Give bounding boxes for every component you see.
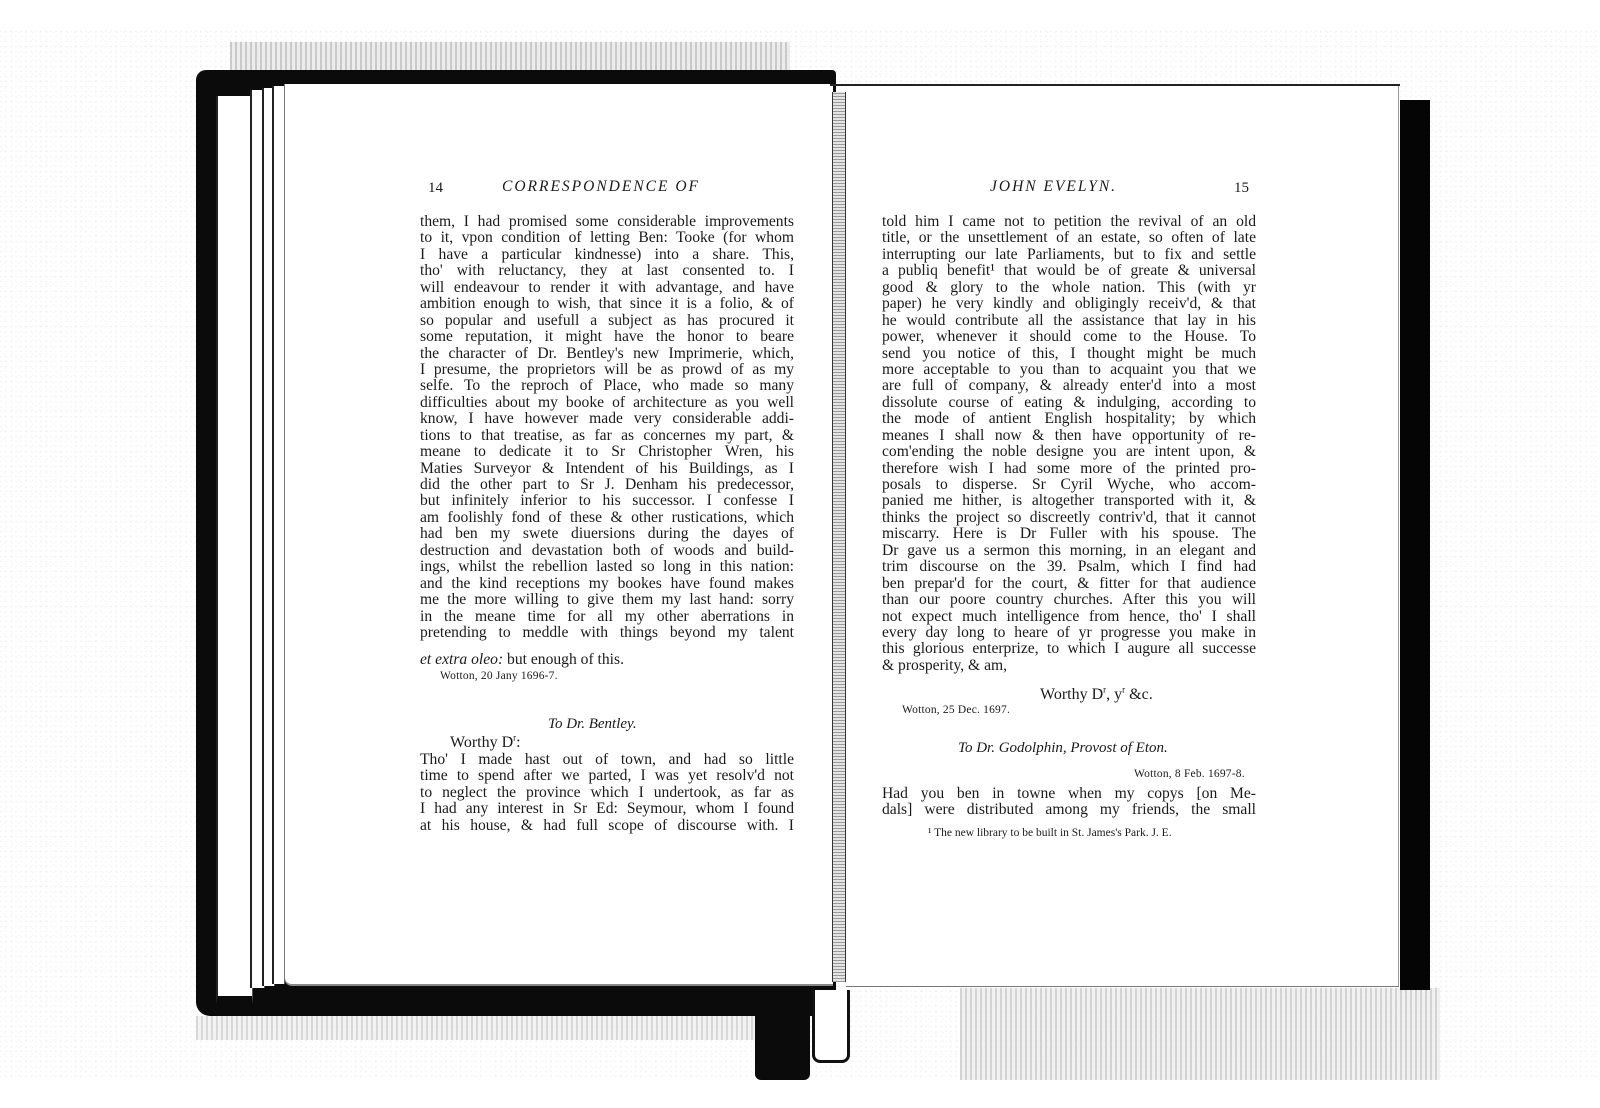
letter-heading-godolphin: To Dr. Godolphin, Provost of Eton.	[958, 740, 1168, 757]
dateline-left: Wotton, 20 Jany 1696-7.	[440, 670, 558, 682]
text-line: selfe. To the reproch of Place, who made…	[420, 378, 794, 394]
text-line: a publiq benefit¹ that would be of great…	[882, 263, 1256, 279]
book-gutter	[832, 92, 846, 982]
text-line: interrupting our late Parliaments, but t…	[882, 247, 1256, 263]
surface-shadow-right	[960, 988, 1440, 1080]
text-line: will endeavour to render it with advanta…	[420, 280, 794, 296]
text-line: to neglect the province which I undertoo…	[420, 785, 794, 801]
text-line: every day long to heare of yr progresse …	[882, 625, 1256, 641]
text-line: I presume, the proprietors will be as pr…	[420, 362, 794, 378]
letter-body-bentley: Tho' I made hast out of town, and had so…	[420, 752, 794, 834]
text-line: com'ending the noble designe you are int…	[882, 444, 1256, 460]
dateline-right: Wotton, 25 Dec. 1697.	[902, 704, 1010, 716]
text-line: paper) he very kindly and obligingly rec…	[882, 296, 1256, 312]
closing-text: but enough of this.	[503, 651, 624, 668]
scan-margin-bottom	[0, 1080, 1600, 1108]
text-line: difficulties about my booke of architect…	[420, 395, 794, 411]
text-line: than our poore country churches. After t…	[882, 592, 1256, 608]
text-line: did the other part to Sr J. Denham his p…	[420, 477, 794, 493]
text-line: more acceptable to you than to acquaint …	[882, 362, 1256, 378]
text-line: power, whenever it should come to the Ho…	[882, 329, 1256, 345]
text-line: told him I came not to petition the revi…	[882, 214, 1256, 230]
text-line: pretending to meddle with things beyond …	[420, 625, 794, 641]
text-line: I have a particular kindnesse) into a sh…	[420, 247, 794, 263]
text-line: meane to dedicate it to Sr Christopher W…	[420, 444, 794, 460]
text-line: good & glory to the whole nation. This (…	[882, 280, 1256, 296]
signoff: Worthy Dr, yr &c.	[1040, 686, 1153, 704]
letter-closing: et extra oleo: but enough of this.	[420, 652, 794, 668]
letter-heading-bentley: To Dr. Bentley.	[548, 716, 637, 733]
text-line: to it, vpon condition of letting Ben: To…	[420, 230, 794, 246]
text-line: miscarry. Here is Dr Fuller with his spo…	[882, 526, 1256, 542]
running-head-left: CORRESPONDENCE OF	[502, 178, 700, 196]
text-line: know, I have however made very considera…	[420, 411, 794, 427]
text-line: Had you ben in towne when my copys [on M…	[882, 786, 1256, 802]
footnote: ¹ The new library to be built in St. Jam…	[928, 827, 1172, 839]
text-line: meanes I shall now & then have opportuni…	[882, 428, 1256, 444]
text-line: I had any interest in Sr Ed: Seymour, wh…	[420, 801, 794, 817]
text-line: am foolishly fond of these & other rusti…	[420, 510, 794, 526]
cover-bottom-edge	[196, 1016, 756, 1040]
text-line: panied me hither, is altogether transpor…	[882, 493, 1256, 509]
page-stack-edge	[216, 96, 253, 1004]
text-line: therefore wish I had some more of the pr…	[882, 461, 1256, 477]
letter-body-godolphin: Had you ben in towne when my copys [on M…	[882, 786, 1256, 819]
text-line: Dr gave us a sermon this morning, in an …	[882, 543, 1256, 559]
text-line: in the meane time for all my other aberr…	[420, 609, 794, 625]
salutation-left: Worthy Dr:	[450, 734, 521, 752]
text-line: tions to that treatise, as far as concer…	[420, 428, 794, 444]
latin-phrase: et extra oleo:	[420, 651, 503, 668]
text-line: destruction and devastation both of wood…	[420, 543, 794, 559]
text-line: the character of Dr. Bentley's new Impri…	[420, 346, 794, 362]
text-line: ings, whilst the rebellion lasted so lon…	[420, 559, 794, 575]
text-line: ben prepar'd for the court, & fitter for…	[882, 576, 1256, 592]
text-line: he would contribute all the assistance t…	[882, 313, 1256, 329]
letter-body-left: them, I had promised some considerable i…	[420, 214, 794, 641]
text-line: had ben my swete diuersions during the d…	[420, 526, 794, 542]
text-line: are full of company, & already enter'd i…	[882, 378, 1256, 394]
text-line: send you notice of this, I thought might…	[882, 346, 1256, 362]
text-line: and the kind receptions my bookes have f…	[420, 576, 794, 592]
text-line: & prosperity, & am,	[882, 658, 1256, 674]
text-line: Maties Surveyor & Intendent of his Build…	[420, 461, 794, 477]
text-line: dals] were distributed among my friends,…	[882, 802, 1256, 818]
spine-tail	[755, 990, 810, 1080]
text-line: ambition enough to wish, that since it i…	[420, 296, 794, 312]
text-line: me the more willing to give them my last…	[420, 592, 794, 608]
text-line: not expect much intelligence from hence,…	[882, 609, 1256, 625]
text-line: but infinitely inferior to his successor…	[420, 493, 794, 509]
running-head-right: JOHN EVELYN.	[990, 178, 1117, 196]
page-number-right: 15	[1234, 180, 1249, 197]
scan-margin-top	[0, 0, 1600, 30]
page-number-left: 14	[428, 180, 443, 197]
text-line: tho' with reluctancy, they at last conse…	[420, 263, 794, 279]
text-line: this glorious enterprize, to which I aug…	[882, 641, 1256, 657]
text-line: the mode of antient English hospitality;…	[882, 411, 1256, 427]
text-line: at his house, & had full scope of discou…	[420, 818, 794, 834]
text-line: title, or the unsettlement of an estate,…	[882, 230, 1256, 246]
text-line: posals to disperse. Sr Cyril Wyche, who …	[882, 477, 1256, 493]
dateline-godolphin: Wotton, 8 Feb. 1697-8.	[1134, 768, 1245, 780]
text-line: so popular and usefull a subject as has …	[420, 313, 794, 329]
spine-headband	[812, 990, 850, 1063]
text-line: Tho' I made hast out of town, and had so…	[420, 752, 794, 768]
text-line: thinks the project so discreetly contriv…	[882, 510, 1256, 526]
text-line: trim discourse on the 39. Psalm, which I…	[882, 559, 1256, 575]
text-line: them, I had promised some considerable i…	[420, 214, 794, 230]
text-line: some reputation, it might have the honor…	[420, 329, 794, 345]
text-line: time to spend after we parted, I was yet…	[420, 768, 794, 784]
text-line: dissolute course of eating & indulging, …	[882, 395, 1256, 411]
book-cover-right-edge	[1400, 100, 1430, 990]
letter-body-right: told him I came not to petition the revi…	[882, 214, 1256, 674]
